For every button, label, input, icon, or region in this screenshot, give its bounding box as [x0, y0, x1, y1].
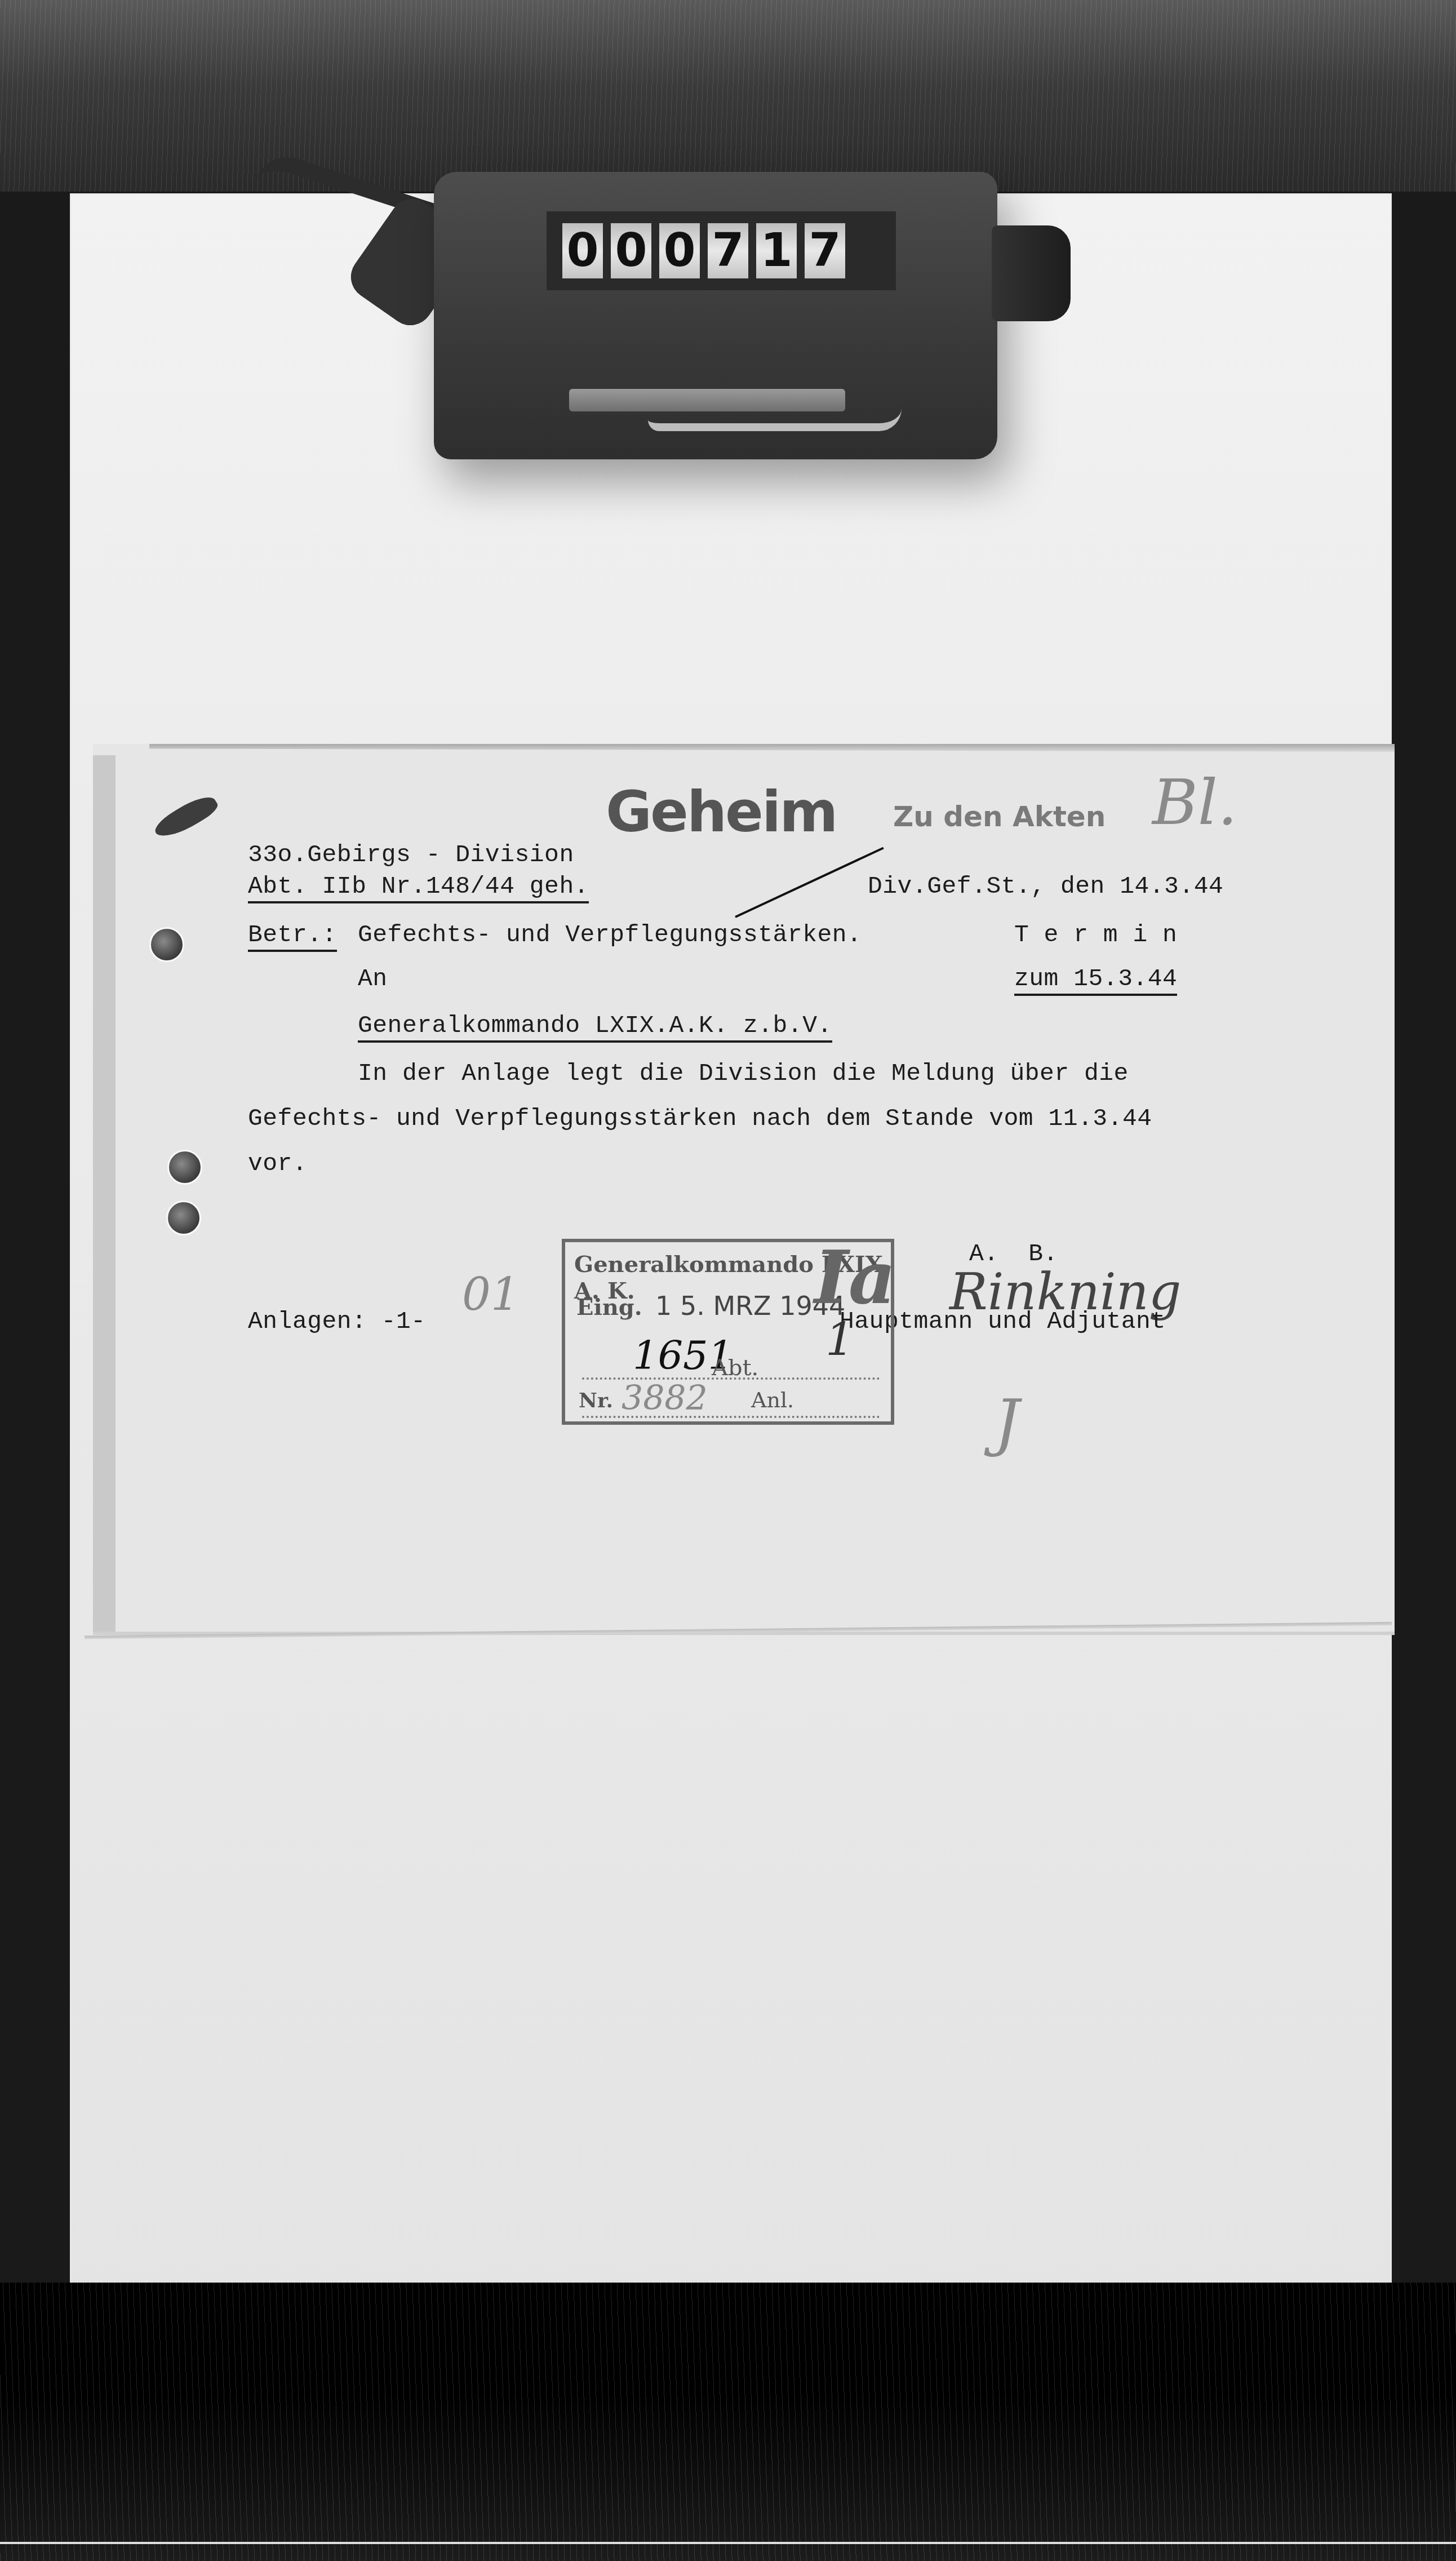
punch-hole	[167, 1150, 202, 1185]
pen-stroke	[735, 847, 884, 918]
counter-wire	[648, 409, 902, 431]
receipt-received-label: Eing.	[576, 1294, 642, 1321]
deadline-label: T e r m i n	[1014, 921, 1177, 949]
department-handwritten: Ia	[814, 1234, 896, 1321]
pencil-annotation-bottom: J	[995, 1386, 1019, 1459]
deadline-date: zum 15.3.44	[1014, 965, 1177, 996]
punch-hole	[149, 927, 184, 962]
counter-digit: 1	[756, 223, 797, 278]
document-card: Geheim Zu den Akten Bl. 33o.Gebirgs - Di…	[93, 744, 1395, 1632]
body-line-3: vor.	[248, 1150, 307, 1177]
receipt-anl-label: Anl.	[751, 1388, 794, 1412]
counter-nameplate	[569, 389, 845, 411]
film-border-top	[0, 0, 1456, 192]
file-stamp: Zu den Akten	[893, 800, 1106, 833]
counter-digit: 7	[708, 223, 748, 278]
counter-display: 0 0 0 7 1 7	[547, 211, 896, 290]
subject-text: Gefechts- und Verpflegungsstärken.	[358, 921, 862, 949]
receipt-nr-label: Nr.	[579, 1389, 613, 1412]
place-and-date: Div.Gef.St., den 14.3.44	[868, 872, 1223, 900]
attachments-label: Anlagen: -1-	[248, 1308, 426, 1335]
receipt-nr-value: 3882	[622, 1379, 708, 1418]
punch-hole	[166, 1200, 201, 1235]
body-line-1: In der Anlage legt die Division die Meld…	[358, 1060, 1129, 1087]
counter-digit: 0	[659, 223, 700, 278]
counter-digit: 7	[805, 223, 845, 278]
receipt-dotted-line	[582, 1416, 880, 1418]
tear-mark	[152, 790, 221, 845]
subject-label: Betr.:	[248, 921, 337, 952]
card-top-fold-shadow	[149, 744, 1395, 752]
recipient-name: Generalkommando LXIX.A.K. z.b.V.	[358, 1012, 832, 1043]
film-border-bottom	[0, 2283, 1456, 2561]
file-reference: Abt. IIb Nr.148/44 geh.	[248, 872, 589, 903]
pencil-annotation-left: 01	[462, 1268, 520, 1321]
film-edge-line	[0, 2542, 1456, 2544]
secret-stamp: Geheim	[606, 779, 836, 845]
sender-unit: 33o.Gebirgs - Division	[248, 841, 574, 869]
counter-reset-knob	[992, 225, 1071, 321]
card-left-edge-strip	[93, 755, 116, 1632]
body-line-2: Gefechts- und Verpflegungsstärken nach d…	[248, 1105, 1152, 1132]
attachment-count-handwritten: 1	[825, 1313, 854, 1366]
counter-digit: 0	[562, 223, 603, 278]
recipient-prefix: An	[358, 965, 388, 993]
frame-counter-device: 0 0 0 7 1 7	[434, 172, 992, 465]
pencil-annotation-top: Bl.	[1152, 766, 1237, 839]
counter-digit: 0	[611, 223, 651, 278]
